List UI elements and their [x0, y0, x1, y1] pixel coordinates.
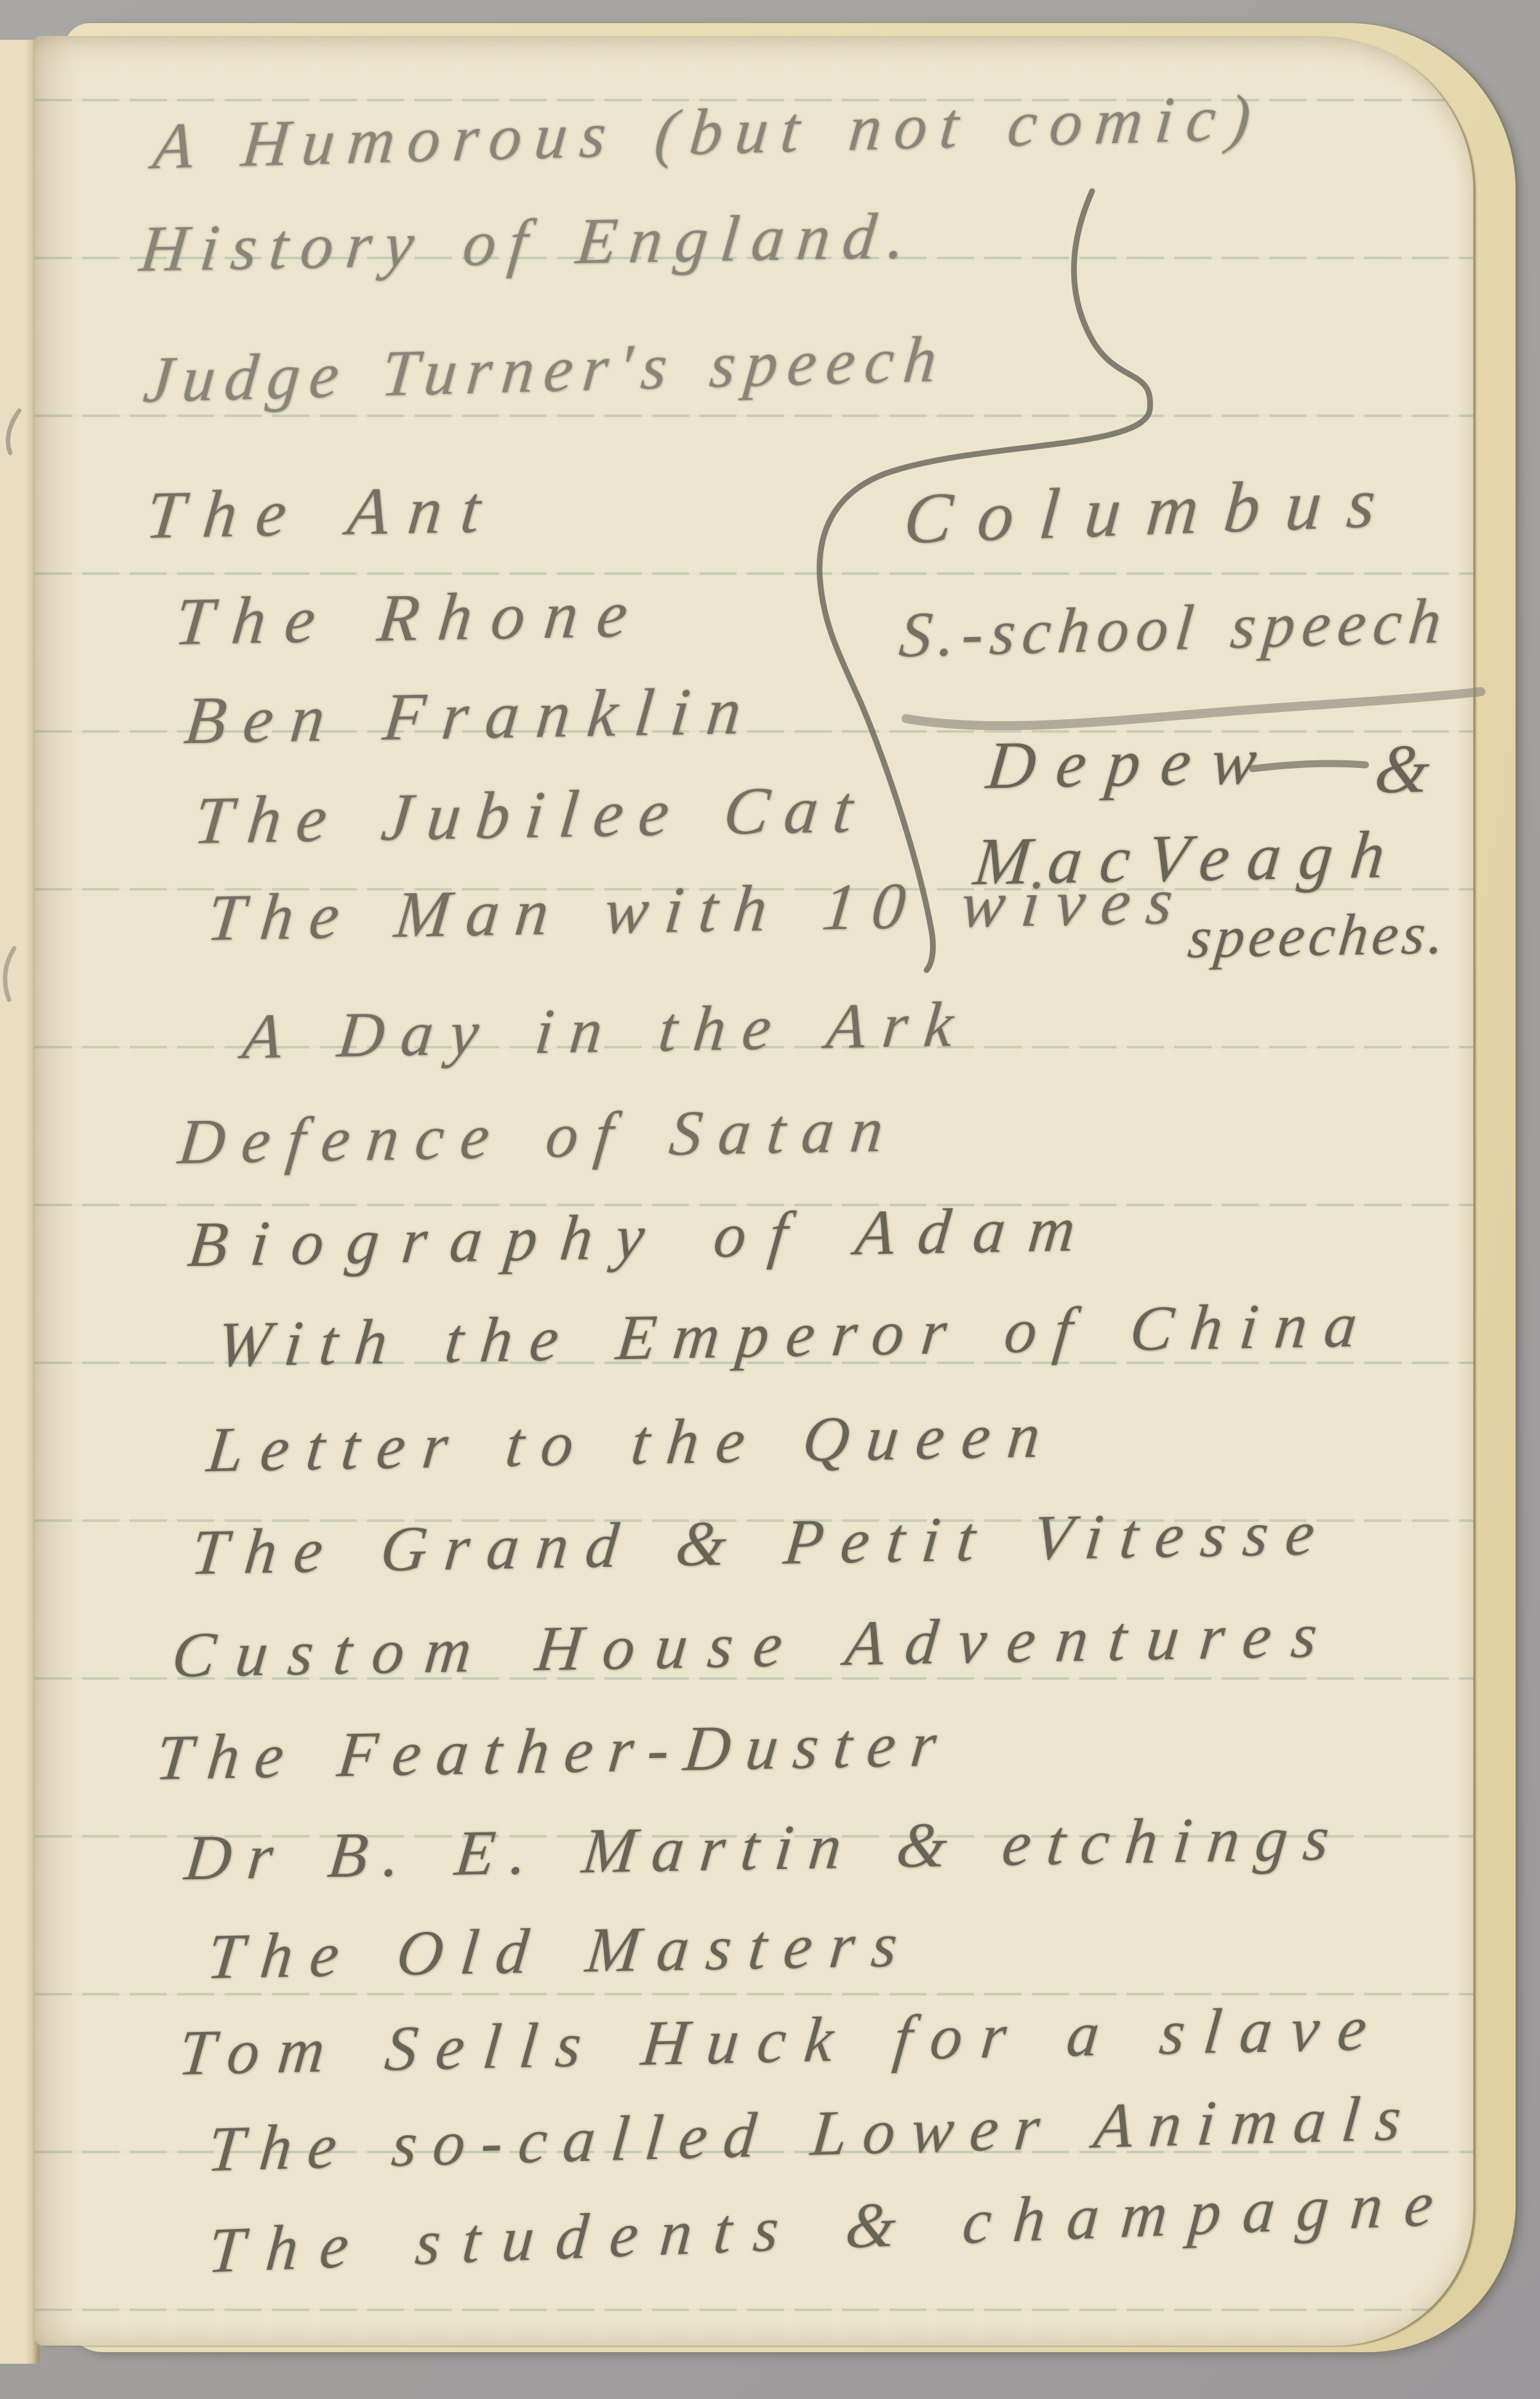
side-note-line: MacVeagh	[970, 815, 1407, 900]
side-note-line: Depew	[983, 721, 1281, 804]
handwritten-line: The Rhone	[171, 574, 651, 660]
handwritten-line: The Old Masters	[204, 1908, 918, 1993]
side-note-ampersand: &	[1371, 730, 1433, 810]
side-note-line: S.-school speech	[896, 584, 1451, 672]
handwritten-line: Ben Franklin	[181, 671, 762, 759]
side-note-line: speeches.	[1185, 899, 1451, 971]
handwritten-line: The Ant	[142, 470, 503, 554]
handwritten-line: The Jubilee Cat	[191, 770, 871, 860]
handwritten-line: Letter to the Queen	[204, 1398, 1061, 1487]
side-note-line: Columbus	[901, 461, 1405, 561]
handwritten-line: The Feather-Duster	[153, 1707, 955, 1795]
photographed-notebook: { "page": { "description_colors": { "bac…	[0, 0, 1540, 2399]
notebook-gutter	[0, 40, 40, 2364]
handwritten-line: A Day in the Ark	[239, 987, 973, 1073]
handwritten-line: Defence of Satan	[175, 1092, 903, 1179]
handwritten-line: History of England.	[137, 198, 922, 287]
